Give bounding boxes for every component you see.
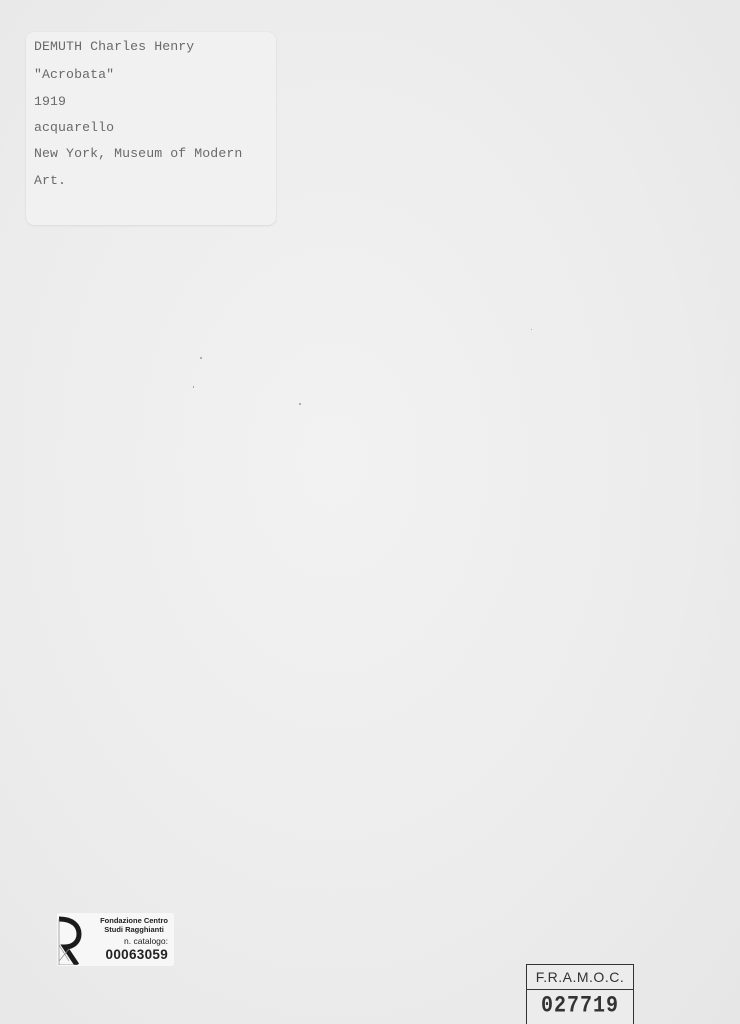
catalog-number: 00063059 <box>100 947 168 962</box>
ragghianti-r-logo-icon <box>57 915 83 965</box>
archive-label: Fondazione Centro Studi Ragghianti n. ca… <box>57 913 174 966</box>
dust-speck <box>200 357 202 359</box>
framoc-header: F.R.A.M.O.C. <box>527 965 633 990</box>
framoc-stamp: F.R.A.M.O.C. 027719 <box>526 964 634 1024</box>
catalog-card: DEMUTH Charles Henry "Acrobata" 1919 acq… <box>26 32 276 225</box>
dust-speck <box>299 403 301 405</box>
artwork-year: 1919 <box>34 94 66 109</box>
artwork-location-cont: Art. <box>34 173 66 188</box>
organization-line1: Fondazione Centro <box>100 916 168 925</box>
artwork-medium: acquarello <box>34 120 114 135</box>
artwork-location: New York, Museum of Modern <box>34 146 242 161</box>
catalog-label: n. catalogo: <box>100 935 168 947</box>
artwork-title: "Acrobata" <box>34 67 114 82</box>
organization-name: Fondazione Centro Studi Ragghianti <box>100 916 168 934</box>
organization-line2: Studi Ragghianti <box>100 925 168 934</box>
framoc-number: 027719 <box>527 987 633 1024</box>
dust-speck <box>531 329 532 330</box>
dust-speck <box>193 386 194 388</box>
artist-name: DEMUTH Charles Henry <box>34 39 194 54</box>
